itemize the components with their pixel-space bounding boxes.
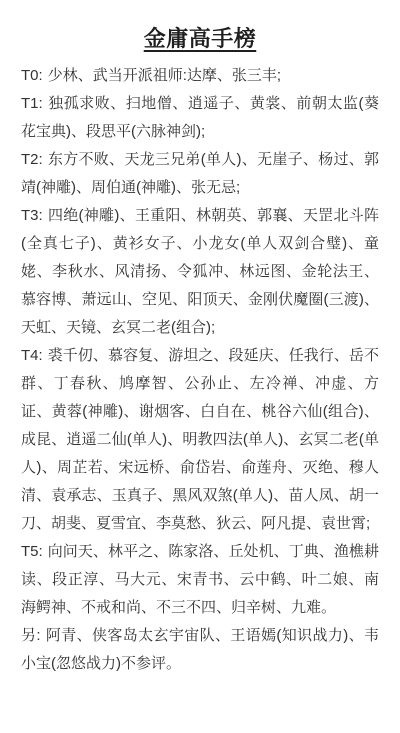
tier-other: 另:阿青、侠客岛太玄宇宙队、王语嫣(知识战力)、韦小宝(忽悠战力)不参评。 xyxy=(21,622,379,678)
tier-t1: T1:独孤求败、扫地僧、逍遥子、黄裳、前朝太监(葵花宝典)、段思平(六脉神剑); xyxy=(21,90,379,146)
ranking-document: 金庸高手榜 T0:少林、武当开派祖师:达摩、张三丰; T1:独孤求败、扫地僧、逍… xyxy=(0,0,400,678)
tier-t1-text: 独孤求败、扫地僧、逍遥子、黄裳、前朝太监(葵花宝典)、段思平(六脉神剑); xyxy=(21,95,379,140)
tier-t0-label: T0: xyxy=(21,67,43,84)
tier-other-text: 阿青、侠客岛太玄宇宙队、王语嫣(知识战力)、韦小宝(忽悠战力)不参评。 xyxy=(21,627,379,672)
tier-t4-label: T4: xyxy=(21,347,43,364)
page-title: 金庸高手榜 xyxy=(21,26,379,52)
tier-t3-text: 四绝(神雕)、王重阳、林朝英、郭襄、天罡北斗阵(全真七子)、黄衫女子、小龙女(单… xyxy=(21,207,379,336)
tier-t1-label: T1: xyxy=(21,95,43,112)
tier-t0-text: 少林、武当开派祖师:达摩、张三丰; xyxy=(48,67,281,84)
tier-t4-text: 裘千仞、慕容复、游坦之、段延庆、任我行、岳不群、丁春秋、鸠摩智、公孙止、左冷禅、… xyxy=(21,347,379,532)
tier-t4: T4:裘千仞、慕容复、游坦之、段延庆、任我行、岳不群、丁春秋、鸠摩智、公孙止、左… xyxy=(21,342,379,538)
tier-t2-text: 东方不败、天龙三兄弟(单人)、无崖子、杨过、郭靖(神雕)、周伯通(神雕)、张无忌… xyxy=(21,151,379,196)
tier-t5: T5:向问天、林平之、陈家洛、丘处机、丁典、渔樵耕读、段正淳、马大元、宋青书、云… xyxy=(21,538,379,622)
tier-t5-text: 向问天、林平之、陈家洛、丘处机、丁典、渔樵耕读、段正淳、马大元、宋青书、云中鹤、… xyxy=(21,543,379,616)
tier-t3-label: T3: xyxy=(21,207,43,224)
tier-t2: T2:东方不败、天龙三兄弟(单人)、无崖子、杨过、郭靖(神雕)、周伯通(神雕)、… xyxy=(21,146,379,202)
tier-t0: T0:少林、武当开派祖师:达摩、张三丰; xyxy=(21,62,379,90)
tier-t5-label: T5: xyxy=(21,543,43,560)
tier-t3: T3:四绝(神雕)、王重阳、林朝英、郭襄、天罡北斗阵(全真七子)、黄衫女子、小龙… xyxy=(21,202,379,342)
tier-t2-label: T2: xyxy=(21,151,43,168)
tier-other-label: 另: xyxy=(21,627,41,644)
